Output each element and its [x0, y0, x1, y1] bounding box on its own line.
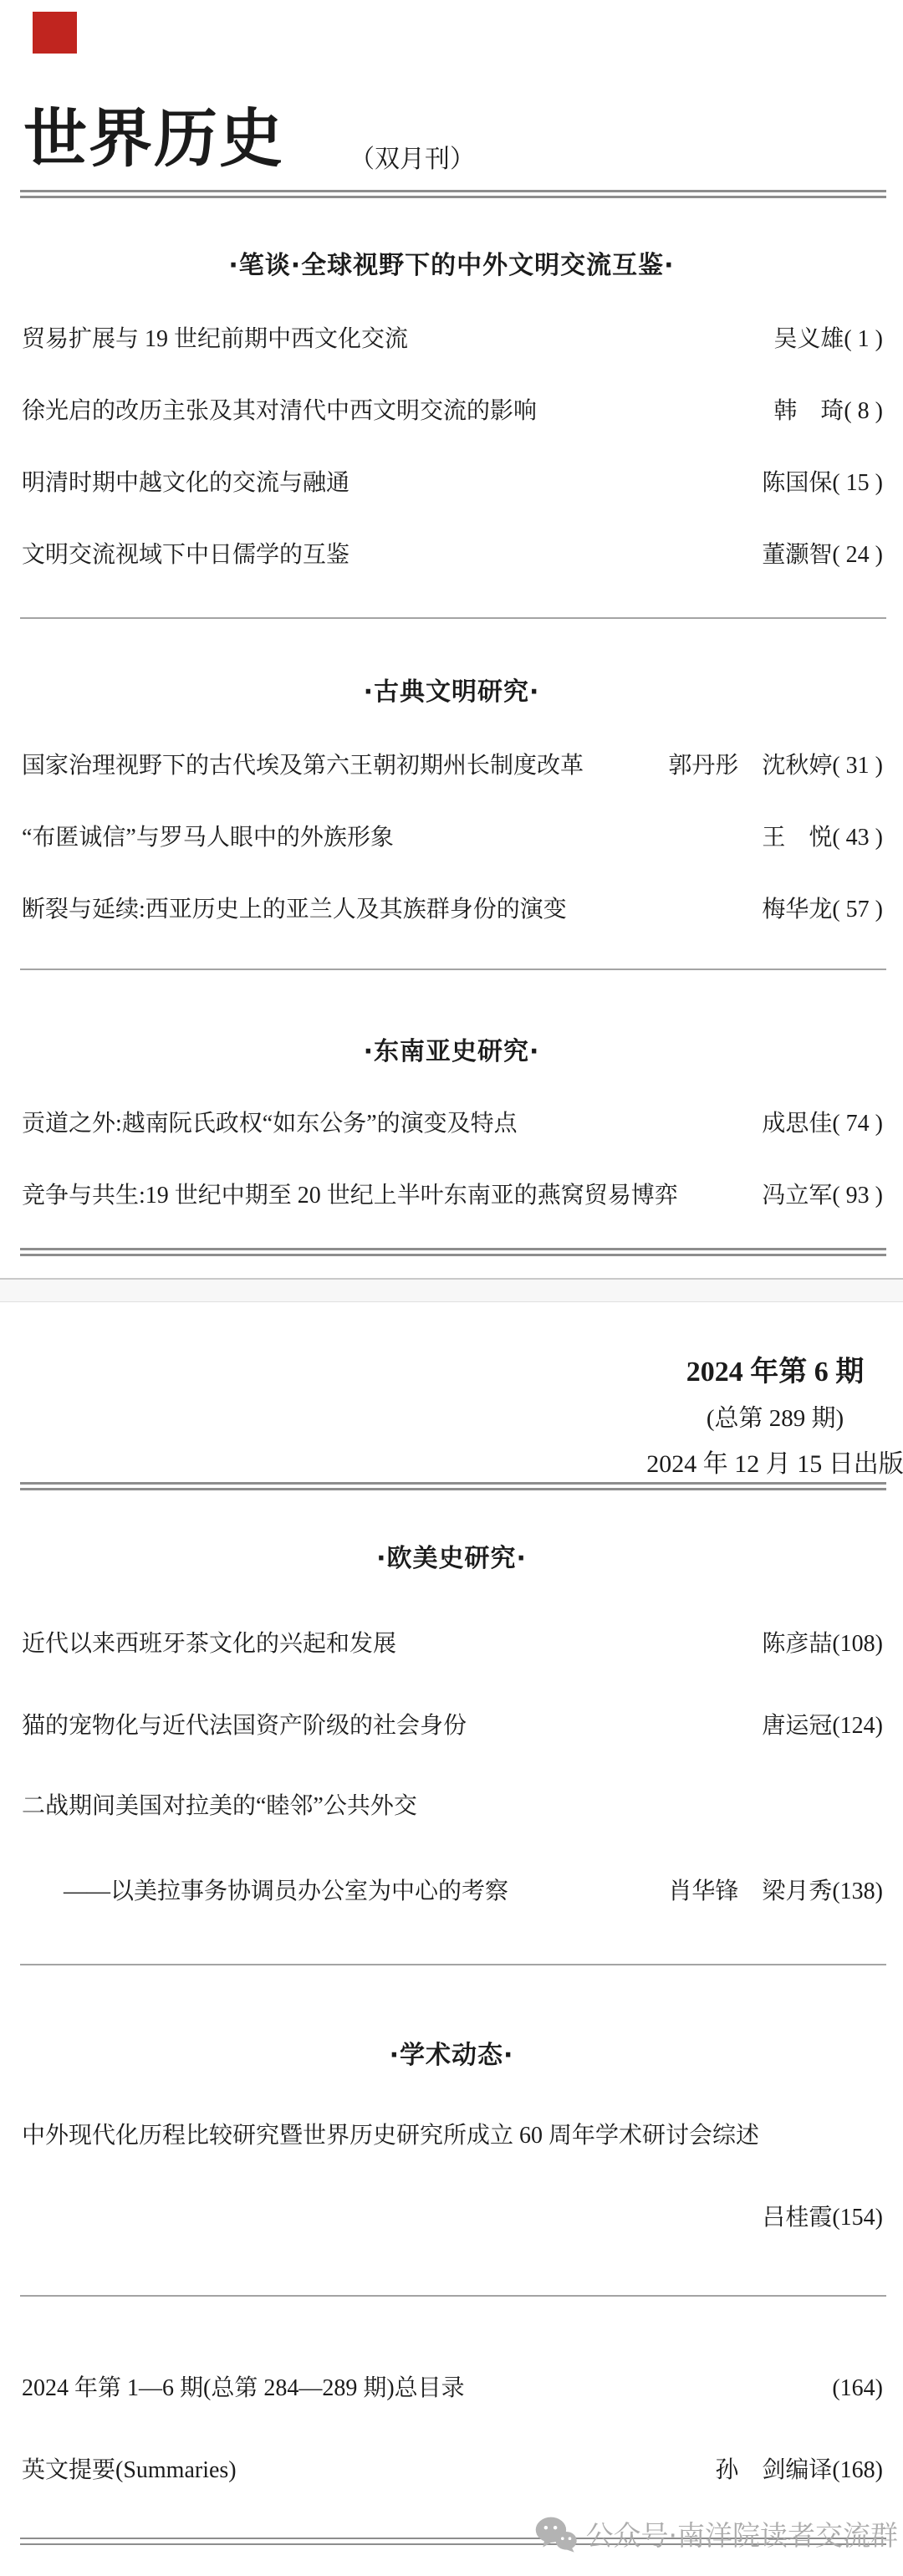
section-header-euro-america: ·欧美史研究·: [0, 1544, 903, 1574]
section-header-academic-news: ·学术动态·: [0, 2041, 903, 2071]
article-title: 贸易扩展与 19 世纪前期中西文化交流: [22, 325, 408, 355]
summaries-page: (168): [832, 2457, 883, 2483]
article-title: 二战期间美国对拉美的“睦邻”公共外交: [22, 1791, 417, 1822]
summaries-title: 英文提要(Summaries): [22, 2456, 237, 2486]
toc-row: 贸易扩展与 19 世纪前期中西文化交流 吴义雄( 1 ): [22, 325, 883, 355]
issue-divider: [20, 1482, 886, 1490]
article-authors: 王 悦: [762, 825, 832, 851]
journal-subtitle: （双月刊）: [349, 147, 475, 172]
journal-toc-page: 世界历史 （双月刊） ·笔谈·全球视野下的中外文明交流互鉴· 贸易扩展与 19 …: [0, 0, 903, 2576]
article-authors: 韩 琦: [773, 398, 844, 424]
journal-title: 世界历史: [23, 107, 284, 171]
issue-publish-date: 2024 年 12 月 15 日出版: [591, 1443, 903, 1480]
article-authors: 郭丹彤 沈秋婷: [668, 753, 832, 779]
article-author-page: 吕桂霞(154): [742, 2203, 883, 2233]
article-author-page: 肖华锋 梁月秀(138): [648, 1877, 883, 1907]
article-authors: 陈国保: [762, 470, 832, 496]
section-header-southeast-asia: ·东南亚史研究·: [0, 1037, 903, 1067]
article-author-page: 王 悦( 43 ): [742, 823, 883, 853]
toc-row: “布匿诚信”与罗马人眼中的外族形象 王 悦( 43 ): [22, 823, 883, 853]
toc-row: 竞争与共生:19 世纪中期至 20 世纪上半叶东南亚的燕窝贸易博弈 冯立军( 9…: [22, 1181, 883, 1211]
article-title: 明清时期中越文化的交流与融通: [22, 468, 349, 498]
toc-row: 猫的宠物化与近代法国资产阶级的社会身份 唐运冠(124): [22, 1711, 883, 1741]
article-author-page: 成思佳( 74 ): [742, 1109, 883, 1139]
article-authors: 陈彦喆: [762, 1631, 832, 1657]
red-corner-mark: [33, 12, 77, 54]
article-author-page: 董灏智( 24 ): [742, 540, 883, 570]
toc-row: 近代以来西班牙茶文化的兴起和发展 陈彦喆(108): [22, 1629, 883, 1659]
article-page: (154): [832, 2205, 883, 2231]
issue-info: 2024 年第 6 期 (总第 289 期) 2024 年 12 月 15 日出…: [591, 1348, 903, 1480]
toc-row: 中外现代化历程比较研究暨世界历史研究所成立 60 周年学术研讨会综述: [22, 2121, 883, 2151]
article-authors: 唐运冠: [762, 1713, 832, 1739]
article-page: (108): [832, 1631, 883, 1657]
article-authors: 梅华龙: [762, 897, 832, 923]
section-divider: [20, 2295, 886, 2297]
article-page: ( 93 ): [832, 1183, 883, 1209]
article-page: ( 8 ): [844, 398, 883, 424]
page-end-divider: [20, 1248, 886, 1256]
article-page: ( 15 ): [832, 470, 883, 496]
article-author-page: 梅华龙( 57 ): [742, 895, 883, 925]
article-page: ( 74 ): [832, 1111, 883, 1137]
section-header-classical: ·古典文明研究·: [0, 677, 903, 708]
article-authors: 成思佳: [762, 1111, 832, 1137]
toc-row: 贡道之外:越南阮氏政权“如东公务”的演变及特点 成思佳( 74 ): [22, 1109, 883, 1139]
toc-row: ——以美拉事务协调员办公室为中心的考察 肖华锋 梁月秀(138): [22, 1877, 883, 1907]
article-authors: 吕桂霞: [762, 2205, 832, 2231]
article-title: “布匿诚信”与罗马人眼中的外族形象: [22, 823, 394, 853]
article-title: 文明交流视域下中日儒学的互鉴: [22, 540, 349, 570]
toc-row: 国家治理视野下的古代埃及第六王朝初期州长制度改革 郭丹彤 沈秋婷( 31 ): [22, 751, 883, 781]
article-title: 近代以来西班牙茶文化的兴起和发展: [22, 1629, 396, 1659]
article-authors: 董灏智: [762, 542, 832, 568]
article-page: ( 43 ): [832, 825, 883, 851]
watermark: 公众号·南洋院读者交流群: [534, 2514, 899, 2553]
article-author-page: 陈国保( 15 ): [742, 468, 883, 498]
article-author-page: 韩 琦( 8 ): [753, 396, 883, 427]
issue-volume: (总第 289 期): [591, 1399, 903, 1434]
article-author-page: 吴义雄( 1 ): [753, 325, 883, 355]
article-title: 猫的宠物化与近代法国资产阶级的社会身份: [22, 1711, 467, 1741]
article-page: ( 24 ): [832, 542, 883, 568]
article-author-page: 唐运冠(124): [742, 1711, 883, 1741]
article-title: 国家治理视野下的古代埃及第六王朝初期州长制度改革: [22, 751, 584, 781]
article-page: ( 31 ): [832, 753, 883, 779]
article-author-page: 郭丹彤 沈秋婷( 31 ): [648, 751, 883, 781]
toc-row: 徐光启的改历主张及其对清代中西文明交流的影响 韩 琦( 8 ): [22, 396, 883, 427]
masthead-divider: [20, 190, 886, 198]
annual-index-page: (164): [812, 2374, 883, 2404]
article-author-page: 陈彦喆(108): [742, 1629, 883, 1659]
annual-index-title: 2024 年第 1—6 期(总第 284—289 期)总目录: [22, 2374, 465, 2404]
toc-row: 二战期间美国对拉美的“睦邻”公共外交: [22, 1791, 883, 1822]
article-page: ( 1 ): [844, 326, 883, 352]
issue-number: 2024 年第 6 期: [591, 1348, 903, 1389]
toc-row: 文明交流视域下中日儒学的互鉴 董灏智( 24 ): [22, 540, 883, 570]
section-divider: [20, 617, 886, 619]
section-header-bitan: ·笔谈·全球视野下的中外文明交流互鉴·: [0, 251, 903, 281]
toc-row: 2024 年第 1—6 期(总第 284—289 期)总目录 (164): [22, 2374, 883, 2404]
article-authors: 肖华锋 梁月秀: [668, 1878, 832, 1904]
article-subtitle: ——以美拉事务协调员办公室为中心的考察: [22, 1877, 508, 1907]
section-divider: [20, 1964, 886, 1965]
article-author-page: 冯立军( 93 ): [742, 1181, 883, 1211]
article-authors: 吴义雄: [773, 326, 844, 352]
watermark-text: 公众号·南洋院读者交流群: [586, 2514, 899, 2553]
toc-row: 明清时期中越文化的交流与融通 陈国保( 15 ): [22, 468, 883, 498]
article-page: ( 57 ): [832, 897, 883, 923]
article-page: (138): [832, 1878, 883, 1904]
article-title: 徐光启的改历主张及其对清代中西文明交流的影响: [22, 396, 537, 427]
page-break-gap: [0, 1278, 903, 1302]
article-title: 中外现代化历程比较研究暨世界历史研究所成立 60 周年学术研讨会综述: [22, 2121, 759, 2151]
wechat-icon: [534, 2515, 578, 2553]
toc-row: 吕桂霞(154): [22, 2203, 883, 2233]
article-page: (124): [832, 1713, 883, 1739]
article-authors: 冯立军: [762, 1183, 832, 1209]
toc-row: 断裂与延续:西亚历史上的亚兰人及其族群身份的演变 梅华龙( 57 ): [22, 895, 883, 925]
article-title: 断裂与延续:西亚历史上的亚兰人及其族群身份的演变: [22, 895, 567, 925]
summaries-author-page: 孙 剑编译(168): [695, 2456, 883, 2486]
section-divider: [20, 969, 886, 970]
article-title: 贡道之外:越南阮氏政权“如东公务”的演变及特点: [22, 1109, 518, 1139]
article-title: 竞争与共生:19 世纪中期至 20 世纪上半叶东南亚的燕窝贸易博弈: [22, 1181, 678, 1211]
toc-row: 英文提要(Summaries) 孙 剑编译(168): [22, 2456, 883, 2486]
summaries-translator: 孙 剑编译: [715, 2457, 832, 2483]
